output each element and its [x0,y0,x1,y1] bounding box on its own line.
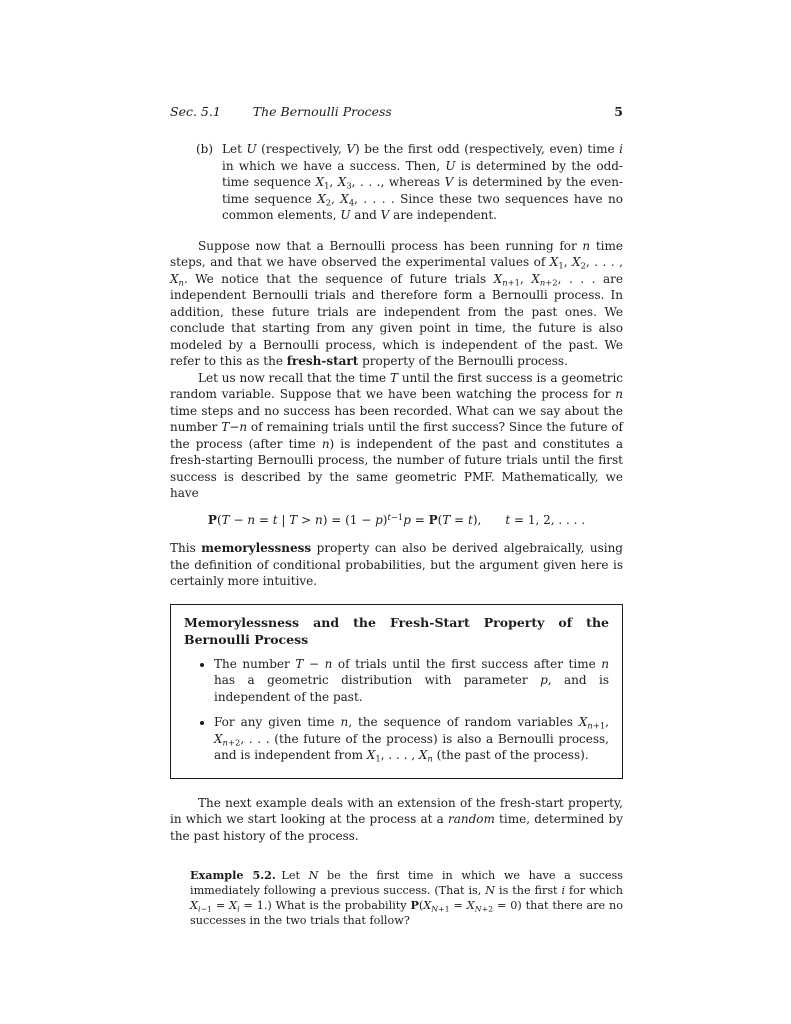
property-box: Memorylessness and the Fresh-Start Prope… [170,604,623,779]
property-box-bullet-1: The number T − n of trials until the fir… [214,656,609,706]
section-number: Sec. 5.1 [170,104,221,119]
list-item-b-text: Let U (respectively, V) be the first odd… [222,142,623,222]
property-box-bullet-2: For any given time n, the sequence of ra… [214,714,609,764]
running-header: Sec. 5.1 The Bernoulli Process 5 [170,104,623,119]
running-header-left: Sec. 5.1 The Bernoulli Process [170,104,392,119]
property-box-title: Memorylessness and the Fresh-Start Prope… [184,614,609,648]
list-item-b: (b) Let U (respectively, V) be the first… [170,141,623,224]
property-box-bullet-list: The number T − n of trials until the fir… [184,656,609,764]
paragraph-next-example: The next example deals with an extension… [170,795,623,845]
chapter-title: The Bernoulli Process [253,104,392,119]
memorylessness-formula: P(T − n = t | T > n) = (1 − p)t−1p = P(T… [170,512,623,529]
paragraph-memorylessness-note: This memorylessness property can also be… [170,540,623,590]
textbook-page: Sec. 5.1 The Bernoulli Process 5 (b) Let… [0,0,791,1024]
page-content: Sec. 5.1 The Bernoulli Process 5 (b) Let… [170,104,623,928]
paragraph-geometric: Let us now recall that the time T until … [170,370,623,502]
example-block: Example 5.2. Let N be the first time in … [190,868,623,928]
paragraph-fresh-start: Suppose now that a Bernoulli process has… [170,238,623,370]
page-number: 5 [614,104,623,119]
list-item-b-label: (b) [196,141,213,158]
example-label: Example 5.2. [190,868,276,882]
